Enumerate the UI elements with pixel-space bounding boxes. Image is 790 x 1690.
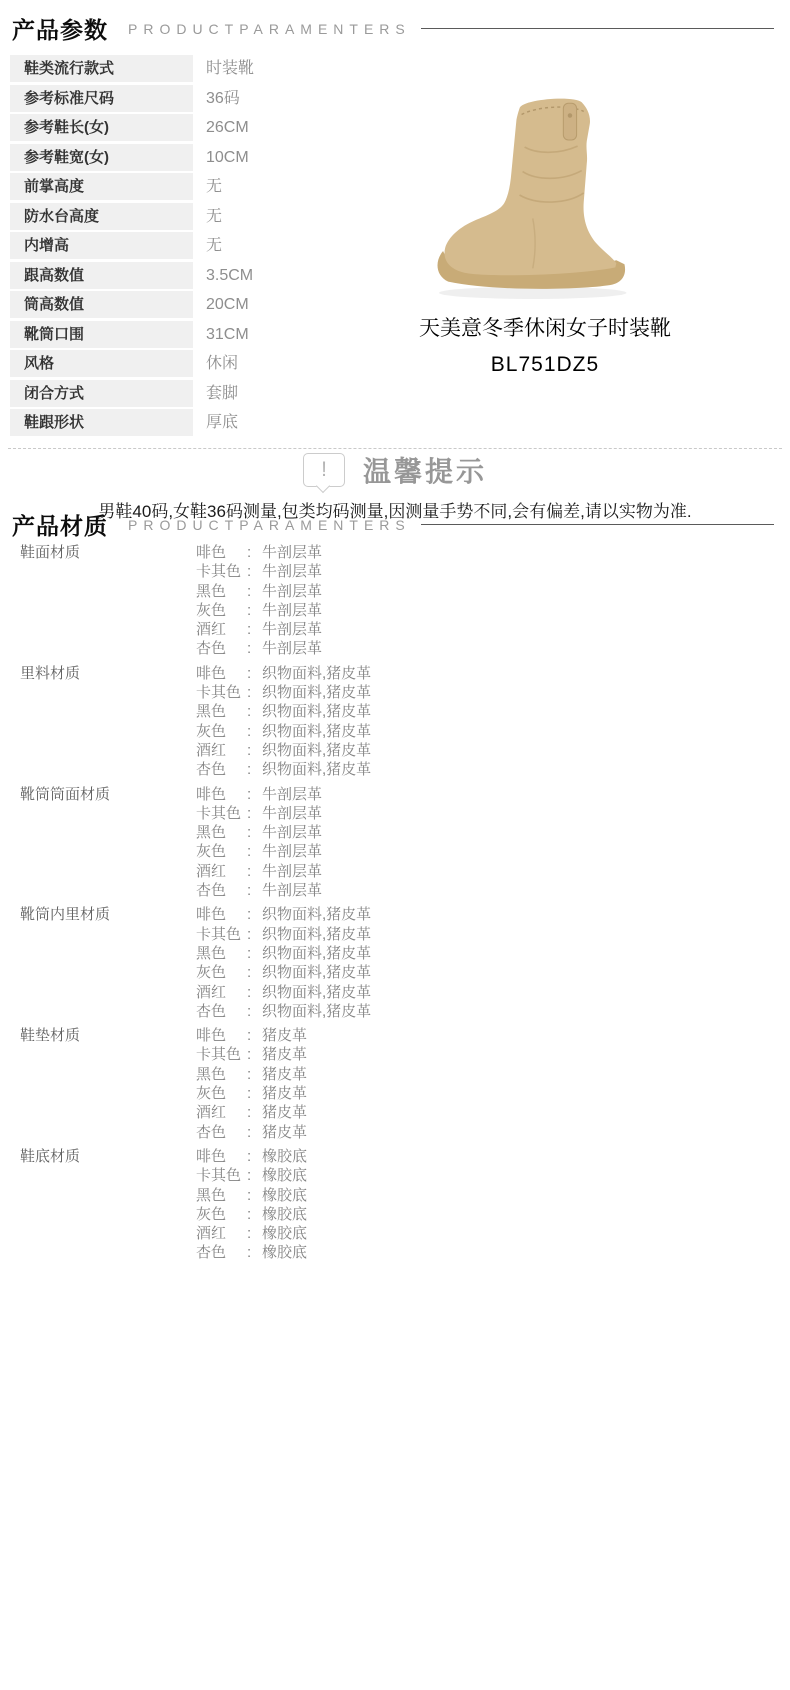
section-subtitle: PRODUCTPARAMENTERS: [128, 517, 411, 533]
material-color-name: 杏色: [196, 1123, 247, 1142]
material-colon: :: [247, 702, 255, 721]
spec-value: 厚底: [206, 409, 238, 436]
spec-label: 鞋跟形状: [10, 409, 193, 436]
tips-header: ! 温馨提示: [0, 450, 790, 490]
material-colon: :: [247, 562, 255, 581]
material-color-name: 卡其色: [196, 1045, 247, 1064]
material-value: 织物面料,猪皮革: [262, 760, 371, 779]
material-section-label: 鞋面材质: [20, 543, 196, 659]
material-line: 啡色:织物面料,猪皮革: [196, 664, 770, 683]
material-value: 牛剖层革: [262, 620, 322, 639]
material-line: 酒红:织物面料,猪皮革: [196, 741, 770, 760]
material-colon: :: [247, 1186, 255, 1205]
material-color-name: 灰色: [196, 1084, 247, 1103]
material-colon: :: [247, 741, 255, 760]
spec-value: 20CM: [206, 291, 249, 318]
material-items: 啡色:织物面料,猪皮革卡其色:织物面料,猪皮革黑色:织物面料,猪皮革灰色:织物面…: [196, 664, 770, 780]
material-value: 猪皮革: [262, 1084, 307, 1103]
material-color-name: 卡其色: [196, 562, 247, 581]
material-color-name: 酒红: [196, 1224, 247, 1243]
spec-row: 参考标准尺码36码: [10, 85, 388, 112]
material-line: 酒红:织物面料,猪皮革: [196, 983, 770, 1002]
material-line: 啡色:牛剖层革: [196, 543, 770, 562]
spec-label: 闭合方式: [10, 380, 193, 407]
material-line: 杏色:猪皮革: [196, 1123, 770, 1142]
material-value: 猪皮革: [262, 1045, 307, 1064]
material-line: 卡其色:橡胶底: [196, 1166, 770, 1185]
spec-label: 参考标准尺码: [10, 85, 193, 112]
material-section: 里料材质啡色:织物面料,猪皮革卡其色:织物面料,猪皮革黑色:织物面料,猪皮革灰色…: [20, 664, 770, 780]
material-line: 啡色:牛剖层革: [196, 785, 770, 804]
material-line: 卡其色:织物面料,猪皮革: [196, 683, 770, 702]
material-colon: :: [247, 620, 255, 639]
material-colon: :: [247, 1147, 255, 1166]
spec-label: 跟高数值: [10, 262, 193, 289]
material-value: 织物面料,猪皮革: [262, 722, 371, 741]
material-line: 灰色:牛剖层革: [196, 842, 770, 861]
material-color-name: 黑色: [196, 702, 247, 721]
material-color-name: 灰色: [196, 963, 247, 982]
material-line: 酒红:牛剖层革: [196, 862, 770, 881]
material-colon: :: [247, 1045, 255, 1064]
material-color-name: 黑色: [196, 823, 247, 842]
section-title: 产品材质: [12, 508, 108, 541]
spec-value: 休闲: [206, 350, 238, 377]
spec-row: 防水台高度无: [10, 203, 388, 230]
header-rule: [421, 28, 774, 29]
spec-row: 跟高数值3.5CM: [10, 262, 388, 289]
material-line: 杏色:橡胶底: [196, 1243, 770, 1262]
spec-row: 鞋跟形状厚底: [10, 409, 388, 436]
spec-value: 无: [206, 232, 222, 259]
material-line: 啡色:织物面料,猪皮革: [196, 905, 770, 924]
material-value: 猪皮革: [262, 1026, 307, 1045]
section-title: 产品参数: [12, 12, 108, 45]
spec-row: 内增高无: [10, 232, 388, 259]
product-material-header: 产品材质 PRODUCTPARAMENTERS: [12, 508, 774, 541]
material-value: 猪皮革: [262, 1065, 307, 1084]
material-colon: :: [247, 1205, 255, 1224]
material-line: 酒红:猪皮革: [196, 1103, 770, 1122]
material-colon: :: [247, 881, 255, 900]
spec-value: 26CM: [206, 114, 249, 141]
materials-list: 鞋面材质啡色:牛剖层革卡其色:牛剖层革黑色:牛剖层革灰色:牛剖层革酒红:牛剖层革…: [20, 543, 770, 1268]
spec-label: 前掌高度: [10, 173, 193, 200]
material-items: 啡色:织物面料,猪皮革卡其色:织物面料,猪皮革黑色:织物面料,猪皮革灰色:织物面…: [196, 905, 770, 1021]
spec-row: 风格休闲: [10, 350, 388, 377]
material-colon: :: [247, 1123, 255, 1142]
material-line: 卡其色:牛剖层革: [196, 562, 770, 581]
material-colon: :: [247, 1103, 255, 1122]
material-section: 靴筒内里材质啡色:织物面料,猪皮革卡其色:织物面料,猪皮革黑色:织物面料,猪皮革…: [20, 905, 770, 1021]
material-value: 牛剖层革: [262, 562, 322, 581]
material-colon: :: [247, 862, 255, 881]
section-subtitle: PRODUCTPARAMENTERS: [128, 21, 411, 37]
material-color-name: 卡其色: [196, 1166, 247, 1185]
material-value: 织物面料,猪皮革: [262, 983, 371, 1002]
material-section-label: 里料材质: [20, 664, 196, 780]
material-line: 灰色:猪皮革: [196, 1084, 770, 1103]
material-value: 橡胶底: [262, 1205, 307, 1224]
material-colon: :: [247, 664, 255, 683]
spec-value: 无: [206, 203, 222, 230]
material-color-name: 卡其色: [196, 683, 247, 702]
spec-value: 31CM: [206, 321, 249, 348]
spec-value: 时装靴: [206, 55, 254, 82]
material-colon: :: [247, 1224, 255, 1243]
spec-value: 3.5CM: [206, 262, 253, 289]
material-colon: :: [247, 1026, 255, 1045]
product-display: 天美意冬季休闲女子时装靴 BL751DZ5: [340, 60, 750, 377]
spec-label: 参考鞋长(女): [10, 114, 193, 141]
material-value: 橡胶底: [262, 1166, 307, 1185]
material-line: 酒红:橡胶底: [196, 1224, 770, 1243]
material-color-name: 杏色: [196, 1002, 247, 1021]
material-value: 牛剖层革: [262, 601, 322, 620]
product-model: BL751DZ5: [340, 353, 750, 377]
material-value: 橡胶底: [262, 1147, 307, 1166]
material-color-name: 啡色: [196, 1026, 247, 1045]
material-colon: :: [247, 543, 255, 562]
material-line: 灰色:织物面料,猪皮革: [196, 722, 770, 741]
material-color-name: 卡其色: [196, 804, 247, 823]
material-colon: :: [247, 1002, 255, 1021]
material-value: 牛剖层革: [262, 582, 322, 601]
material-colon: :: [247, 925, 255, 944]
material-value: 猪皮革: [262, 1103, 307, 1122]
material-line: 黑色:牛剖层革: [196, 582, 770, 601]
material-line: 黑色:猪皮革: [196, 1065, 770, 1084]
material-color-name: 黑色: [196, 1186, 247, 1205]
spec-row: 前掌高度无: [10, 173, 388, 200]
material-line: 黑色:橡胶底: [196, 1186, 770, 1205]
material-value: 橡胶底: [262, 1243, 307, 1262]
exclamation-bubble-icon: !: [303, 453, 345, 487]
material-color-name: 杏色: [196, 639, 247, 658]
spec-row: 参考鞋长(女)26CM: [10, 114, 388, 141]
spec-row: 鞋类流行款式时装靴: [10, 55, 388, 82]
spec-row: 参考鞋宽(女)10CM: [10, 144, 388, 171]
spec-row: 筒高数值20CM: [10, 291, 388, 318]
material-colon: :: [247, 804, 255, 823]
spec-value: 套脚: [206, 380, 238, 407]
material-color-name: 黑色: [196, 944, 247, 963]
material-color-name: 酒红: [196, 741, 247, 760]
spec-table: 鞋类流行款式时装靴参考标准尺码36码参考鞋长(女)26CM参考鞋宽(女)10CM…: [10, 55, 388, 439]
spec-label: 筒高数值: [10, 291, 193, 318]
material-value: 牛剖层革: [262, 639, 322, 658]
spec-row: 闭合方式套脚: [10, 380, 388, 407]
material-items: 啡色:橡胶底卡其色:橡胶底黑色:橡胶底灰色:橡胶底酒红:橡胶底杏色:橡胶底: [196, 1147, 770, 1263]
material-color-name: 灰色: [196, 1205, 247, 1224]
material-colon: :: [247, 760, 255, 779]
material-color-name: 啡色: [196, 905, 247, 924]
spec-label: 参考鞋宽(女): [10, 144, 193, 171]
material-line: 杏色:牛剖层革: [196, 639, 770, 658]
spec-label: 风格: [10, 350, 193, 377]
product-detail-page: { "params_header": { "title": "产品参数", "s…: [0, 0, 790, 1690]
material-line: 卡其色:牛剖层革: [196, 804, 770, 823]
material-colon: :: [247, 639, 255, 658]
material-color-name: 啡色: [196, 543, 247, 562]
spec-label: 防水台高度: [10, 203, 193, 230]
material-value: 织物面料,猪皮革: [262, 741, 371, 760]
material-colon: :: [247, 785, 255, 804]
material-value: 牛剖层革: [262, 862, 322, 881]
material-colon: :: [247, 944, 255, 963]
material-value: 织物面料,猪皮革: [262, 683, 371, 702]
material-color-name: 酒红: [196, 1103, 247, 1122]
material-line: 黑色:牛剖层革: [196, 823, 770, 842]
material-colon: :: [247, 601, 255, 620]
material-color-name: 酒红: [196, 983, 247, 1002]
material-line: 灰色:橡胶底: [196, 1205, 770, 1224]
material-colon: :: [247, 1084, 255, 1103]
material-value: 织物面料,猪皮革: [262, 702, 371, 721]
material-value: 橡胶底: [262, 1186, 307, 1205]
material-value: 织物面料,猪皮革: [262, 963, 371, 982]
spec-label: 靴筒口围: [10, 321, 193, 348]
spec-value: 无: [206, 173, 222, 200]
material-colon: :: [247, 1243, 255, 1262]
material-value: 牛剖层革: [262, 804, 322, 823]
material-line: 杏色:织物面料,猪皮革: [196, 1002, 770, 1021]
material-value: 织物面料,猪皮革: [262, 905, 371, 924]
material-value: 牛剖层革: [262, 881, 322, 900]
material-line: 卡其色:猪皮革: [196, 1045, 770, 1064]
material-value: 织物面料,猪皮革: [262, 1002, 371, 1021]
material-section-label: 靴筒筒面材质: [20, 785, 196, 901]
material-line: 黑色:织物面料,猪皮革: [196, 702, 770, 721]
material-color-name: 啡色: [196, 664, 247, 683]
material-line: 灰色:织物面料,猪皮革: [196, 963, 770, 982]
dashed-divider: [8, 448, 782, 449]
material-color-name: 杏色: [196, 1243, 247, 1262]
material-value: 牛剖层革: [262, 543, 322, 562]
material-color-name: 灰色: [196, 722, 247, 741]
material-line: 杏色:织物面料,猪皮革: [196, 760, 770, 779]
material-line: 啡色:橡胶底: [196, 1147, 770, 1166]
material-items: 啡色:牛剖层革卡其色:牛剖层革黑色:牛剖层革灰色:牛剖层革酒红:牛剖层革杏色:牛…: [196, 543, 770, 659]
material-colon: :: [247, 823, 255, 842]
material-color-name: 酒红: [196, 862, 247, 881]
material-value: 橡胶底: [262, 1224, 307, 1243]
material-colon: :: [247, 842, 255, 861]
material-section: 靴筒筒面材质啡色:牛剖层革卡其色:牛剖层革黑色:牛剖层革灰色:牛剖层革酒红:牛剖…: [20, 785, 770, 901]
material-color-name: 杏色: [196, 760, 247, 779]
material-line: 啡色:猪皮革: [196, 1026, 770, 1045]
material-color-name: 酒红: [196, 620, 247, 639]
material-colon: :: [247, 722, 255, 741]
material-value: 牛剖层革: [262, 785, 322, 804]
spec-label: 内增高: [10, 232, 193, 259]
material-colon: :: [247, 1166, 255, 1185]
material-line: 黑色:织物面料,猪皮革: [196, 944, 770, 963]
material-colon: :: [247, 1065, 255, 1084]
material-colon: :: [247, 683, 255, 702]
material-value: 猪皮革: [262, 1123, 307, 1142]
material-section-label: 鞋底材质: [20, 1147, 196, 1263]
material-color-name: 黑色: [196, 1065, 247, 1084]
material-colon: :: [247, 905, 255, 924]
material-line: 酒红:牛剖层革: [196, 620, 770, 639]
spec-row: 靴筒口围31CM: [10, 321, 388, 348]
material-section-label: 靴筒内里材质: [20, 905, 196, 1021]
tips-title: 温馨提示: [363, 450, 487, 490]
material-line: 杏色:牛剖层革: [196, 881, 770, 900]
material-value: 织物面料,猪皮革: [262, 664, 371, 683]
spec-value: 10CM: [206, 144, 249, 171]
material-section: 鞋面材质啡色:牛剖层革卡其色:牛剖层革黑色:牛剖层革灰色:牛剖层革酒红:牛剖层革…: [20, 543, 770, 659]
material-color-name: 黑色: [196, 582, 247, 601]
spec-value: 36码: [206, 85, 240, 112]
spec-label: 鞋类流行款式: [10, 55, 193, 82]
material-colon: :: [247, 582, 255, 601]
material-items: 啡色:牛剖层革卡其色:牛剖层革黑色:牛剖层革灰色:牛剖层革酒红:牛剖层革杏色:牛…: [196, 785, 770, 901]
material-colon: :: [247, 983, 255, 1002]
material-color-name: 啡色: [196, 1147, 247, 1166]
material-color-name: 杏色: [196, 881, 247, 900]
material-line: 灰色:牛剖层革: [196, 601, 770, 620]
material-section: 鞋垫材质啡色:猪皮革卡其色:猪皮革黑色:猪皮革灰色:猪皮革酒红:猪皮革杏色:猪皮…: [20, 1026, 770, 1142]
product-parameters-header: 产品参数 PRODUCTPARAMENTERS: [12, 12, 774, 45]
material-line: 卡其色:织物面料,猪皮革: [196, 925, 770, 944]
material-section: 鞋底材质啡色:橡胶底卡其色:橡胶底黑色:橡胶底灰色:橡胶底酒红:橡胶底杏色:橡胶…: [20, 1147, 770, 1263]
material-color-name: 灰色: [196, 601, 247, 620]
material-section-label: 鞋垫材质: [20, 1026, 196, 1142]
boot-photo: [420, 88, 670, 302]
material-color-name: 灰色: [196, 842, 247, 861]
material-colon: :: [247, 963, 255, 982]
product-name: 天美意冬季休闲女子时装靴: [340, 312, 750, 342]
header-rule: [421, 524, 774, 525]
material-value: 织物面料,猪皮革: [262, 944, 371, 963]
material-value: 牛剖层革: [262, 823, 322, 842]
material-value: 牛剖层革: [262, 842, 322, 861]
material-color-name: 卡其色: [196, 925, 247, 944]
material-color-name: 啡色: [196, 785, 247, 804]
material-items: 啡色:猪皮革卡其色:猪皮革黑色:猪皮革灰色:猪皮革酒红:猪皮革杏色:猪皮革: [196, 1026, 770, 1142]
material-value: 织物面料,猪皮革: [262, 925, 371, 944]
